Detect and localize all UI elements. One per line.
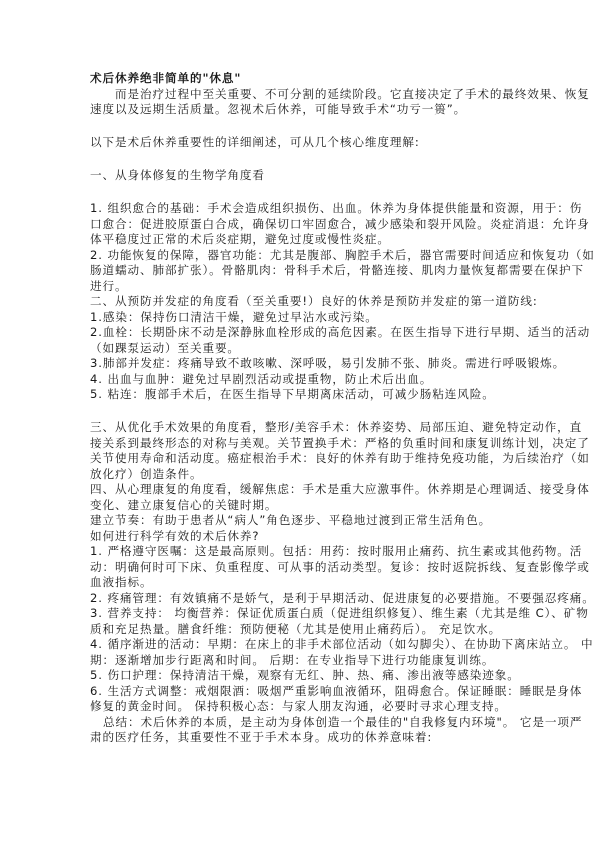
text-line: 3. 营养支持： 均衡营养：保证优质蛋白质（促进组织修复）、维生素（尤其是维 C…	[90, 606, 510, 621]
text-line: 总结：术后休养的本质，是主动为身体创造一个最佳的"自我修复内环境"。 它是一项严	[90, 715, 523, 730]
text-line: 肃的医疗任务，其重要性不亚于手术本身。成功的休养意味着:	[90, 730, 510, 745]
text-line: 5. 粘连：腹部手术后，在医生指导下早期离床活动，可减少肠粘连风险。	[90, 387, 510, 402]
text-line: 1. 组织愈合的基础：手术会造成组织损伤、出血。休养为身体提供能量和资源，用于：…	[90, 201, 510, 216]
text-line: 2.血栓：长期卧床不动是深静脉血栓形成的高危因素。在医生指导下进行早期、适当的活…	[90, 325, 510, 340]
text-line: 进行。	[90, 279, 510, 294]
text-line: 速度以及远期生活质量。忽视术后休养，可能导致手术“功亏一篑”。	[90, 102, 510, 117]
text-line: 三、从优化手术效果的角度看，整形/美容手术：休养姿势、局部压迫、避免特定动作，直	[90, 420, 510, 435]
text-line: 肠道蠕动、肺部扩张）。骨骼肌肉：骨科手术后，骨骼连接、肌肉力量恢复都需要在保护下	[90, 263, 510, 278]
text-line: 1. 严格遵守医嘱：这是最高原则。包括：用药：按时服用止痛药、抗生素或其他药物。…	[90, 544, 510, 559]
text-line: （如踝泵运动）至关重要。	[90, 341, 510, 356]
text-line: 2. 疼痛管理：有效镇痛不是娇气，是利于早期活动、促进康复的必要措施。不要强忍疼…	[90, 591, 510, 606]
text-line: 质和充足热量。膳食纤维：预防便秘（尤其是使用止痛药后）。 充足饮水。	[90, 622, 510, 637]
document-page: 术后休养绝非简单的"休息" 而是治疗过程中至关重要、不可分割的延续阶段。它直接决…	[0, 0, 595, 841]
text-line: 二、从预防并发症的角度看（至关重要!）良好的休养是预防并发症的第一道防线:	[90, 294, 510, 309]
text-line: 以下是术后休养重要性的详细阐述，可从几个核心维度理解:	[90, 135, 510, 150]
text-line: 口愈合：促进胶原蛋白合成，确保切口牢固愈合，减少感染和裂开风险。炎症消退：允许身	[90, 217, 510, 232]
text-line: 期：逐渐增加步行距离和时间。 后期：在专业指导下进行功能康复训练。	[90, 653, 510, 668]
text-line: 5. 伤口护理：保持清洁干燥，观察有无红、肿、热、痛、渗出液等感染迹象。	[90, 668, 510, 683]
text-line: 3.肺部并发症：疼痛导致不敢咳嗽、深呼吸，易引发肺不张、肺炎。需进行呼吸锻炼。	[90, 356, 510, 371]
text-line: 建立节奏：有助于患者从“病人”角色逐步、平稳地过渡到正常生活角色。	[90, 513, 510, 528]
document-title: 术后休养绝非简单的"休息"	[90, 71, 510, 86]
text-line: 1.感染：保持伤口清洁干燥，避免过早沾水或污染。	[90, 310, 510, 325]
text-line: 6. 生活方式调整：戒烟限酒：吸烟严重影响血液循环，阻碍愈合。保证睡眠：睡眠是身…	[90, 684, 510, 699]
text-line: 体平稳度过正常的术后炎症期，避免过度或慢性炎症。	[90, 232, 510, 247]
text-line: 而是治疗过程中至关重要、不可分割的延续阶段。它直接决定了手术的最终效果、恢复	[90, 87, 535, 102]
text-line: 如何进行科学有效的术后休养?	[90, 529, 510, 544]
text-line: 血液指标。	[90, 575, 510, 590]
text-line: 接关系到最终形态的对称与美观。关节置换手术：严格的负重时间和康复训练计划，决定了	[90, 436, 510, 451]
text-line: 关节使用寿命和活动度。癌症根治手术：良好的休养有助于维持免疫功能，为后续治疗（如	[90, 451, 510, 466]
text-line: 动：明确何时可下床、负重程度、可从事的活动类型。复诊：按时返院拆线、复查影像学或	[90, 560, 510, 575]
text-line: 变化、建立康复信心的关键时期。	[90, 498, 510, 513]
text-line: 4. 循序渐进的活动：早期：在床上的非手术部位活动（如勾脚尖）、在协助下离床站立…	[90, 637, 510, 652]
text-line: 4. 出血与血肿：避免过早剧烈活动或提重物，防止术后出血。	[90, 372, 510, 387]
text-line: 一、从身体修复的生物学角度看	[90, 168, 510, 183]
text-line: 放化疗）创造条件。	[90, 467, 510, 482]
text-line: 四、从心理康复的角度看，缓解焦虑：手术是重大应激事件。休养期是心理调适、接受身体	[90, 482, 510, 497]
text-line: 修复的黄金时间。 保持积极心态：与家人朋友沟通，必要时寻求心理支持。	[90, 699, 510, 714]
text-line: 2. 功能恢复的保障，器官功能：尤其是腹部、胸腔手术后，器官需要时间适应和恢复功…	[90, 248, 510, 263]
